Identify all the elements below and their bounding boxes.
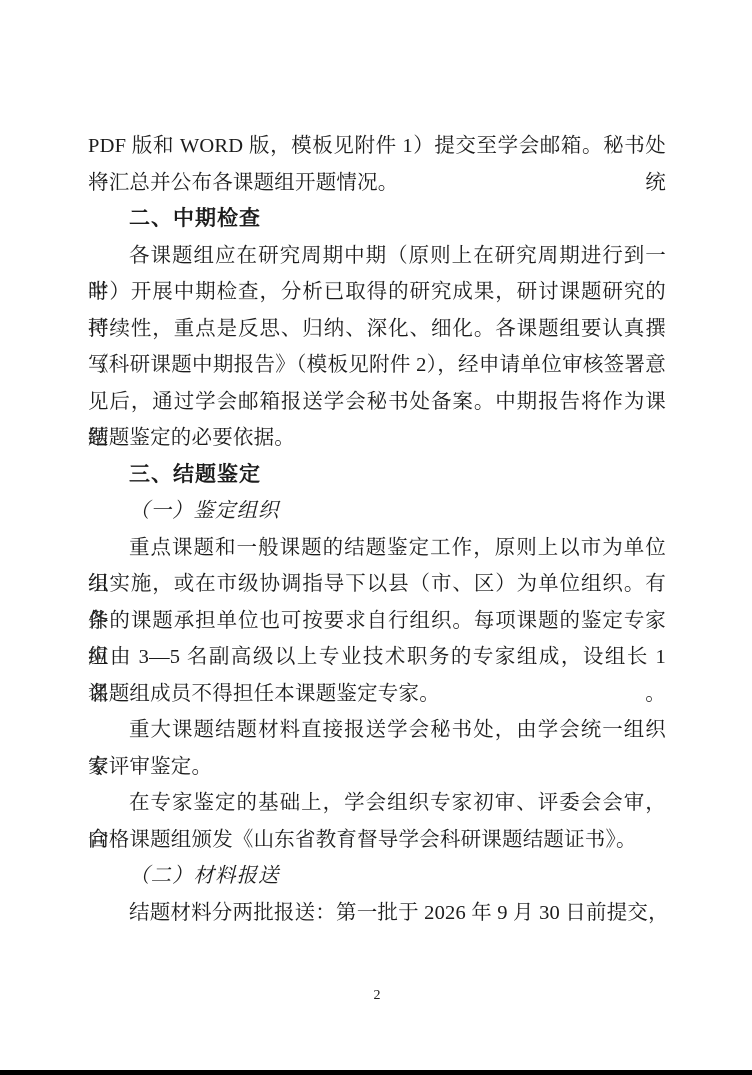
text-line: PDF 版和 WORD 版，模板见附件 1）提交至学会邮箱。秘书处将统 <box>88 128 666 165</box>
text-line: 结题鉴定的必要依据。 <box>88 420 666 457</box>
document-body: PDF 版和 WORD 版，模板见附件 1）提交至学会邮箱。秘书处将统一汇总并公… <box>88 128 666 931</box>
text-line: 结题材料分两批报送：第一批于 2026 年 9 月 30 日前提交， <box>88 895 666 932</box>
text-line: 合格课题组颁发《山东省教育督导学会科研课题结题证书》。 <box>88 822 666 859</box>
text-line: 应由 3—5 名副高级以上专业技术职务的专家组成，设组长 1 名。 <box>88 639 666 676</box>
section-heading: 二、中期检查 <box>88 201 666 238</box>
page-edge-bar <box>0 1070 752 1075</box>
text-line: 见后，通过学会邮箱报送学会秘书处备案。中期报告将作为课题 <box>88 384 666 421</box>
subsection-heading: （二）材料报送 <box>88 858 666 895</box>
text-line: 家评审鉴定。 <box>88 749 666 786</box>
subsection-heading: （一）鉴定组织 <box>88 493 666 530</box>
text-line: 《科研课题中期报告》（模板见附件 2），经申请单位审核签署意 <box>88 347 666 384</box>
text-line: 在专家鉴定的基础上，学会组织专家初审、评委会会审，向 <box>88 785 666 822</box>
text-line: 持续性，重点是反思、归纳、深化、细化。各课题组要认真撰写 <box>88 311 666 348</box>
text-line: 各课题组应在研究周期中期（原则上在研究周期进行到一半 <box>88 238 666 275</box>
text-line: 重大课题结题材料直接报送学会秘书处，由学会统一组织专 <box>88 712 666 749</box>
text-line: 织实施，或在市级协调指导下以县（市、区）为单位组织。有条 <box>88 566 666 603</box>
document-page: PDF 版和 WORD 版，模板见附件 1）提交至学会邮箱。秘书处将统一汇总并公… <box>0 0 752 1075</box>
text-line: 件的课题承担单位也可按要求自行组织。每项课题的鉴定专家组 <box>88 603 666 640</box>
text-line: 时）开展中期检查，分析已取得的研究成果，研讨课题研究的可 <box>88 274 666 311</box>
text-line: 重点课题和一般课题的结题鉴定工作，原则上以市为单位组 <box>88 530 666 567</box>
section-heading: 三、结题鉴定 <box>88 457 666 494</box>
page-number: 2 <box>88 988 666 1004</box>
